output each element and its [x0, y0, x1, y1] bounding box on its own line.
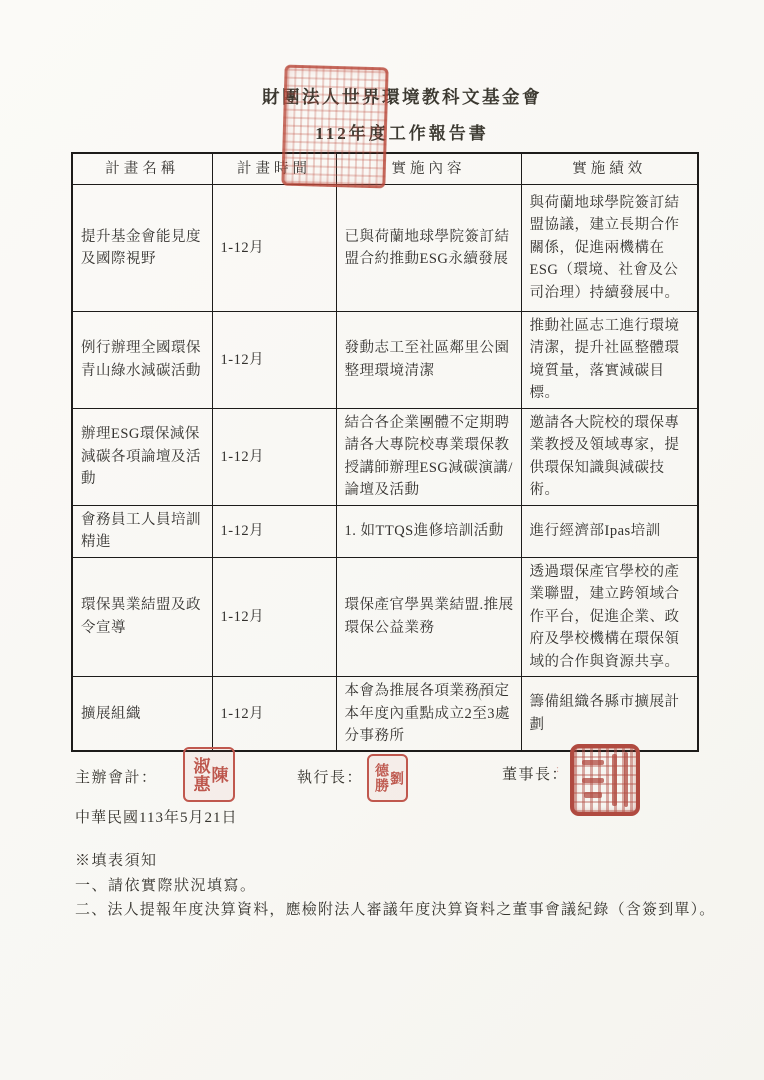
- seal-stroke: [582, 778, 604, 783]
- table-row: 提升基金會能見度及國際視野 1-12月 已與荷蘭地球學院簽訂結盟合約推動ESG永…: [72, 185, 698, 312]
- scanned-report-page: 財團法人世界環境教科文基金會 112年度工作報告書 計畫名稱 計畫時間 實施內容…: [0, 0, 764, 1080]
- seal-stroke: [612, 754, 617, 806]
- seal-stroke: [582, 760, 604, 765]
- cell-plan-name: 例行辦理全國環保青山綠水減碳活動: [72, 312, 212, 409]
- cell-result: 透過環保產官學校的產業聯盟，建立跨領域合作平台，促進企業、政府及學校機構在環保領…: [521, 557, 698, 676]
- foundation-square-seal-stamp: [281, 65, 388, 189]
- table-row: 例行辦理全國環保青山綠水減碳活動 1-12月 發動志工至社區鄰里公園整理環境清潔…: [72, 312, 698, 409]
- table-row: 會務員工人員培訓精進 1-12月 1. 如TTQS進修培訓活動 進行經濟部Ipa…: [72, 505, 698, 557]
- accountant-label: 主辦會計：: [75, 766, 158, 787]
- seal-column-right: 劉: [388, 771, 402, 786]
- ceo-label: 執行長：: [297, 766, 363, 787]
- note-item-2: 二、法人提報年度決算資料，應檢附法人審議年度決算資料之董事會議紀錄（含簽到單）。: [75, 898, 716, 919]
- cell-plan-time: 1-12月: [212, 312, 336, 409]
- work-report-table: 計畫名稱 計畫時間 實施內容 實施績效 提升基金會能見度及國際視野 1-12月 …: [71, 152, 699, 752]
- cell-result: 推動社區志工進行環境清潔，提升社區整體環境質量，落實減碳目標。: [521, 312, 698, 409]
- cell-plan-time: 1-12月: [212, 677, 336, 752]
- header-implementation-result: 實施績效: [521, 153, 698, 185]
- cell-content: 1. 如TTQS進修培訓活動: [336, 505, 521, 557]
- cell-plan-time: 1-12月: [212, 557, 336, 676]
- cell-result: 與荷蘭地球學院簽訂結盟協議，建立長期合作關係，促進兩機構在ESG（環境、社會及公…: [521, 185, 698, 312]
- cell-plan-name: 會務員工人員培訓精進: [72, 505, 212, 557]
- cell-plan-time: 1-12月: [212, 185, 336, 312]
- cell-plan-time: 1-12月: [212, 408, 336, 505]
- table-row: 辦理ESG環保減保減碳各項論壇及活動 1-12月 結合各企業團體不定期聘請各大專…: [72, 408, 698, 505]
- seal-stroke: [584, 792, 602, 798]
- cell-result: 籌備組織各縣市擴展計劃: [521, 677, 698, 752]
- table-row: 環保異業結盟及政令宣導 1-12月 環保產官學異業結盟.推展環保公益業務 透過環…: [72, 557, 698, 676]
- header-plan-name: 計畫名稱: [72, 153, 212, 185]
- cell-content: 環保產官學異業結盟.推展環保公益業務: [336, 557, 521, 676]
- cell-content: 發動志工至社區鄰里公園整理環境清潔: [336, 312, 521, 409]
- cell-content: 本會為推展各項業務預定本年度內重點成立2至3處分事務所: [336, 677, 521, 752]
- scan-speckle: :: [556, 762, 559, 777]
- chairman-seal-stamp: [570, 744, 640, 816]
- cell-plan-name: 擴展組織: [72, 677, 212, 752]
- ceo-name-seal-stamp: 德勝 劉: [367, 754, 408, 802]
- cell-plan-name: 提升基金會能見度及國際視野: [72, 185, 212, 312]
- cell-plan-time: 1-12月: [212, 505, 336, 557]
- cell-content: 結合各企業團體不定期聘請各大專院校專業環保教授講師辦理ESG減碳演講/論壇及活動: [336, 408, 521, 505]
- cell-plan-name: 辦理ESG環保減保減碳各項論壇及活動: [72, 408, 212, 505]
- table-row: 擴展組織 1-12月 本會為推展各項業務預定本年度內重點成立2至3處分事務所 籌…: [72, 677, 698, 752]
- note-item-1: 一、請依實際狀況填寫。: [75, 874, 257, 895]
- cell-result: 邀請各大院校的環保專業教授及領域專家，提供環保知識與減碳技術。: [521, 408, 698, 505]
- seal-column-right: 陳: [210, 766, 227, 784]
- seal-column-left: 德勝: [373, 763, 387, 793]
- accountant-name-seal-stamp: 淑惠 陳: [183, 747, 235, 802]
- seal-stroke: [624, 752, 628, 807]
- notes-heading: ※填表須知: [75, 849, 158, 870]
- cell-plan-name: 環保異業結盟及政令宣導: [72, 557, 212, 676]
- cell-content: 已與荷蘭地球學院簽訂結盟合約推動ESG永續發展: [336, 185, 521, 312]
- roc-date-line: 中華民國113年5月21日: [75, 806, 237, 827]
- cell-result: 進行經濟部Ipas培訓: [521, 505, 698, 557]
- seal-column-left: 淑惠: [192, 757, 209, 793]
